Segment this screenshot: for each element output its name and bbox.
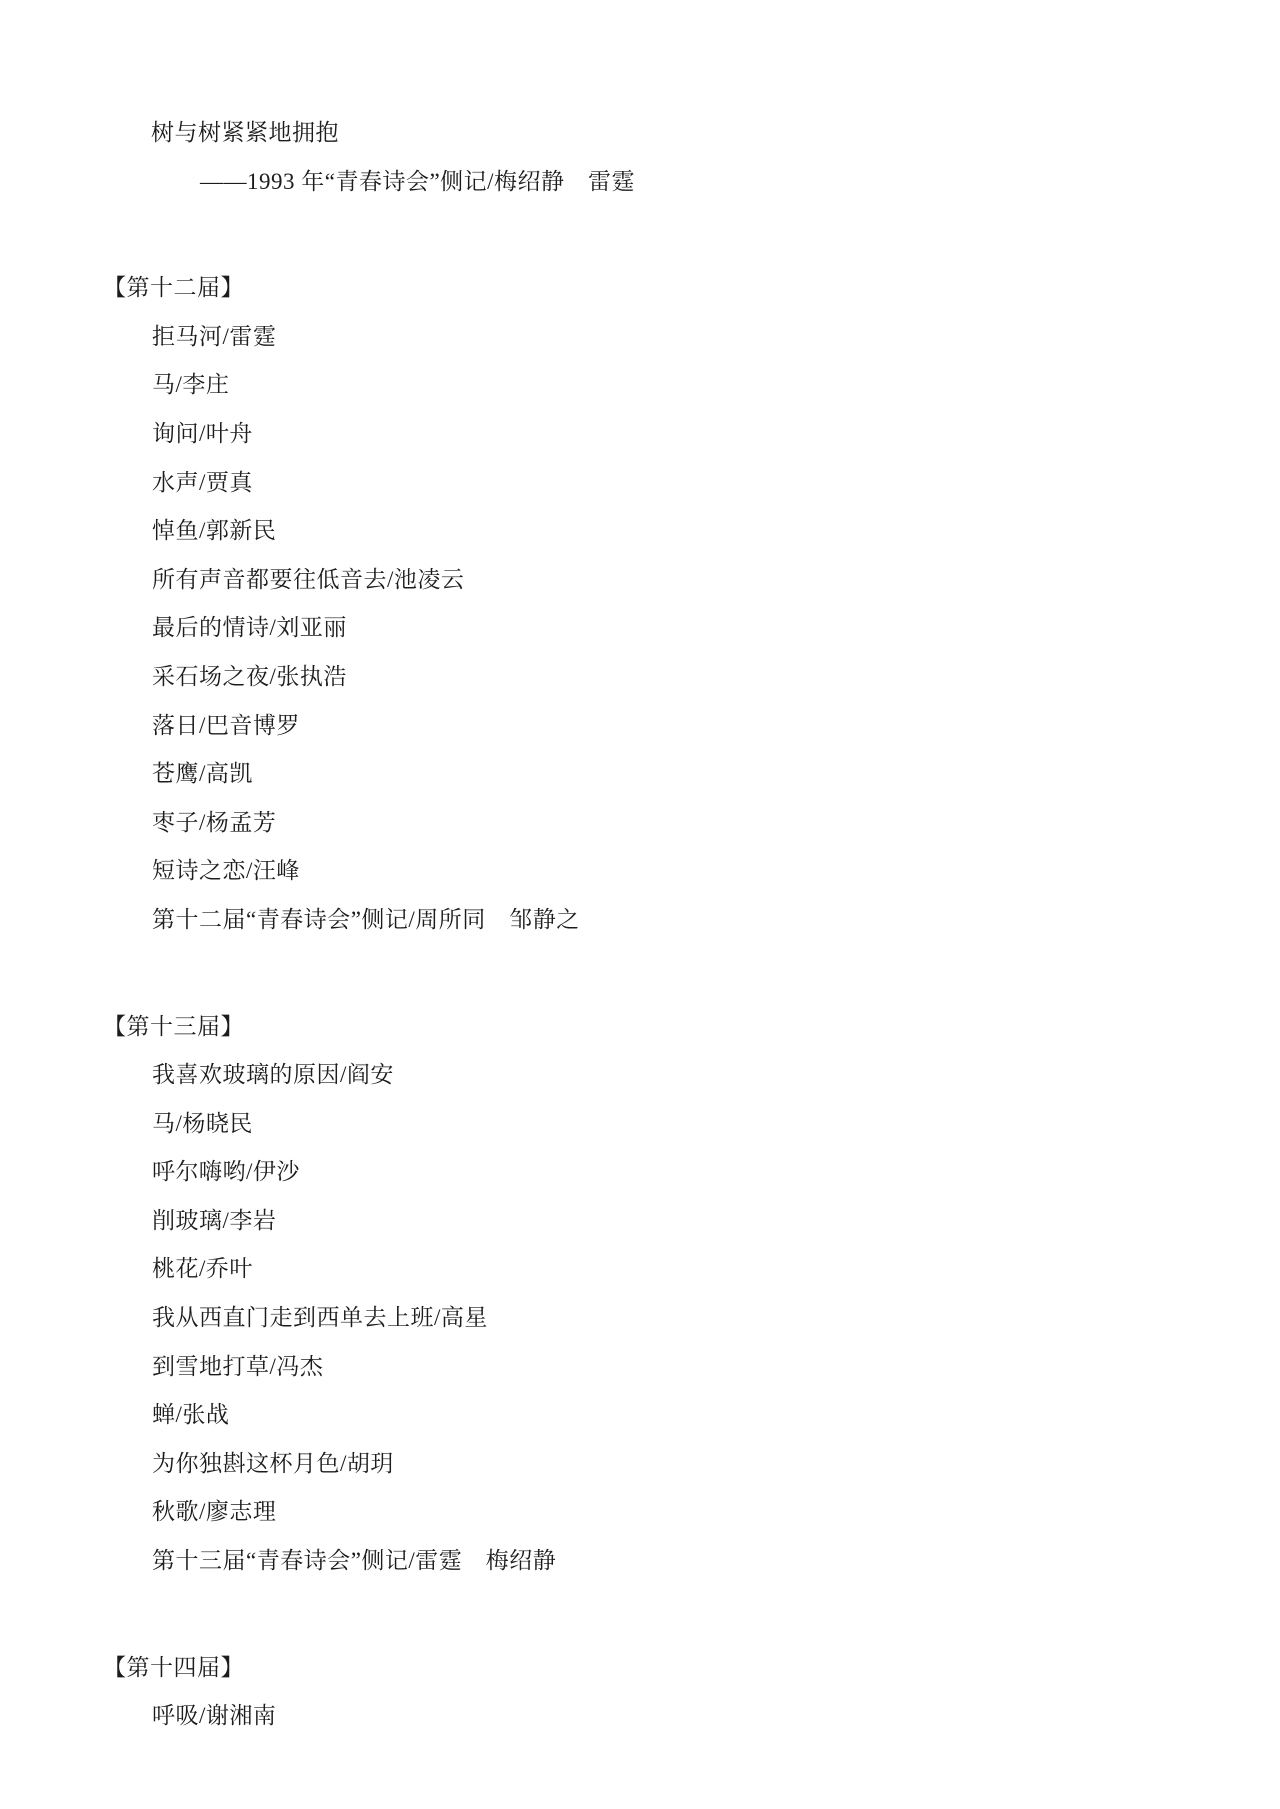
toc-entry: 水声/贾真	[152, 459, 1280, 508]
toc-entry: 最后的情诗/刘亚丽	[152, 604, 1280, 653]
poem-byline: ——1993 年“青春诗会”侧记/梅绍静 雷霆	[200, 158, 1280, 207]
toc-entry: 马/杨晓民	[152, 1100, 1280, 1149]
toc-entry: 呼吸/谢湘南	[152, 1692, 1280, 1741]
toc-entry: 到雪地打草/冯杰	[152, 1343, 1280, 1392]
toc-entry: 为你独斟这杯月色/胡玥	[152, 1440, 1280, 1489]
toc-entry: 所有声音都要往低音去/池凌云	[152, 556, 1280, 605]
toc-entry: 桃花/乔叶	[152, 1245, 1280, 1294]
toc-entry: 第十三届“青春诗会”侧记/雷霆 梅绍静	[152, 1537, 1280, 1586]
section-header-14: 【第十四届】	[103, 1644, 1280, 1693]
toc-entry: 呼尔嗨哟/伊沙	[152, 1148, 1280, 1197]
toc-entry: 第十二届“青春诗会”侧记/周所同 邹静之	[152, 896, 1280, 945]
toc-entry: 我喜欢玻璃的原因/阎安	[152, 1051, 1280, 1100]
toc-entry: 枣子/杨孟芳	[152, 799, 1280, 848]
toc-entry: 询问/叶舟	[152, 410, 1280, 459]
toc-entry: 蝉/张战	[152, 1391, 1280, 1440]
toc-page: 树与树紧紧地拥抱 ——1993 年“青春诗会”侧记/梅绍静 雷霆 【第十二届】 …	[0, 0, 1280, 1809]
toc-entry: 马/李庄	[152, 361, 1280, 410]
toc-entry: 采石场之夜/张执浩	[152, 653, 1280, 702]
toc-entry: 落日/巴音博罗	[152, 702, 1280, 751]
section-header-12: 【第十二届】	[103, 264, 1280, 313]
toc-entry: 悼鱼/郭新民	[152, 507, 1280, 556]
toc-entry: 苍鹰/高凯	[152, 750, 1280, 799]
toc-entry: 秋歌/廖志理	[152, 1488, 1280, 1537]
toc-content: 树与树紧紧地拥抱 ——1993 年“青春诗会”侧记/梅绍静 雷霆 【第十二届】 …	[0, 0, 1280, 1741]
toc-entry: 削玻璃/李岩	[152, 1197, 1280, 1246]
toc-entry: 拒马河/雷霆	[152, 313, 1280, 362]
toc-entry: 短诗之恋/汪峰	[152, 847, 1280, 896]
section-header-13: 【第十三届】	[103, 1003, 1280, 1052]
toc-entry: 我从西直门走到西单去上班/高星	[152, 1294, 1280, 1343]
poem-title: 树与树紧紧地拥抱	[151, 109, 1280, 158]
